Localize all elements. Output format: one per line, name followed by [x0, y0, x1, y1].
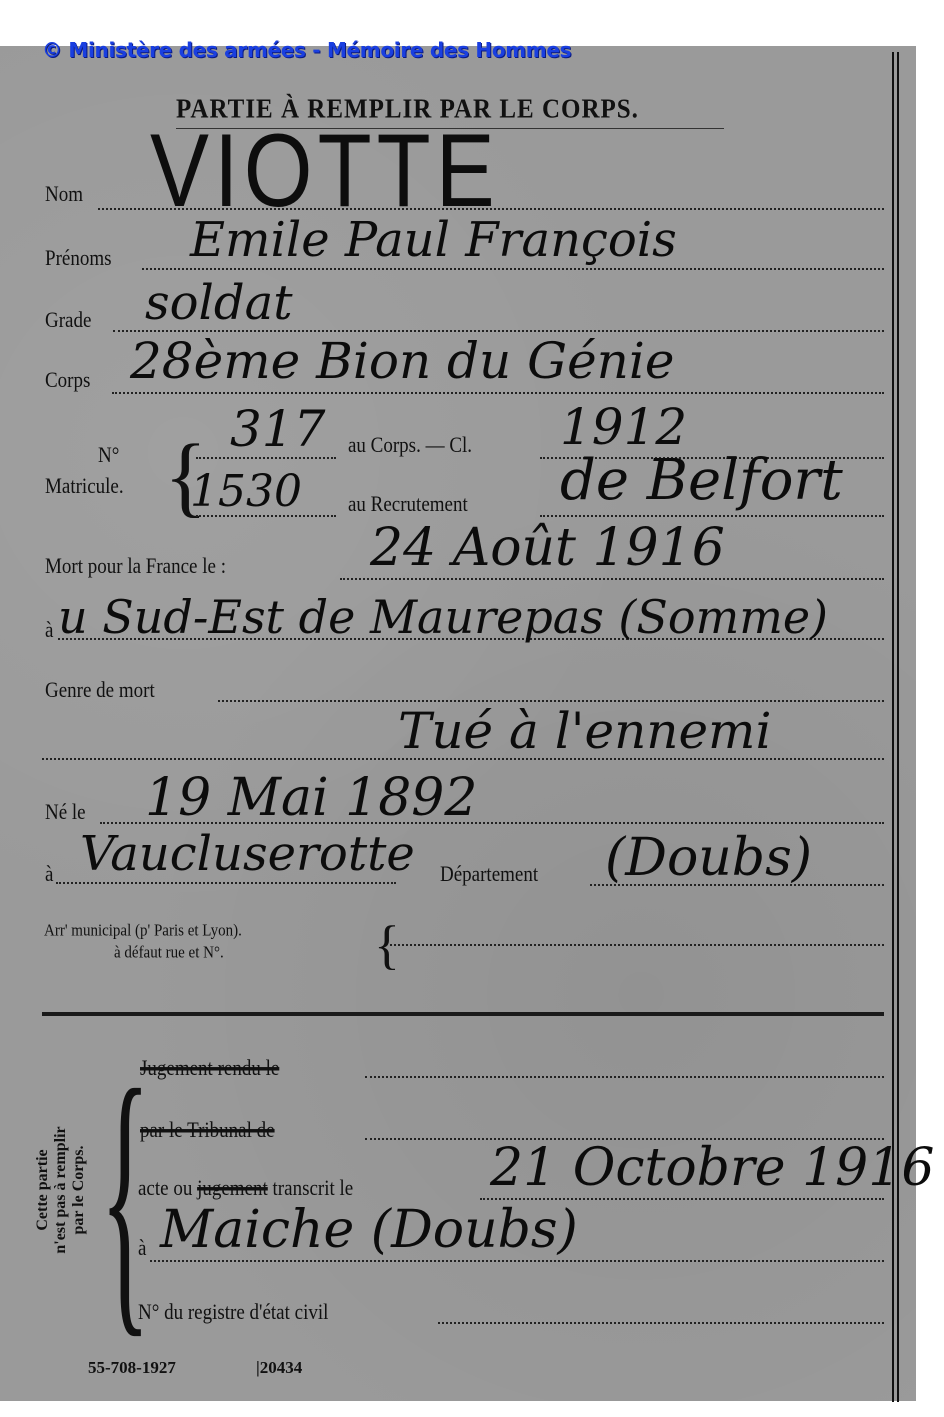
- corps-value: 28ème Bion du Génie: [130, 332, 674, 390]
- lieu-mort-value: u Sud-Est de Maurepas (Somme): [58, 590, 828, 644]
- prenoms-label: Prénoms: [45, 247, 112, 272]
- grade-value: soldat: [145, 275, 293, 331]
- copyright-watermark: © Ministère des armées - Mémoire des Hom…: [42, 38, 571, 62]
- prenoms-line: [142, 268, 884, 270]
- corps-number-label: au Corps. — Cl.: [348, 434, 472, 459]
- jugement-label: Jugement rendu le: [140, 1057, 279, 1082]
- arr-municipal-line: [390, 944, 884, 946]
- footer-code: 55-708-1927: [88, 1358, 176, 1378]
- genre-mort-value: Tué à l'ennemi: [398, 702, 771, 760]
- matricule-no-label: N°: [98, 444, 119, 469]
- departement-value: (Doubs): [605, 828, 812, 888]
- section-divider: [42, 1012, 884, 1016]
- side-label: Cette partie n'est pas à remplir par le …: [34, 1090, 88, 1290]
- lieu-transcrit-label: à: [138, 1237, 146, 1262]
- prenoms-value: Emile Paul François: [190, 212, 677, 268]
- transcrit-value: 21 Octobre 1916: [490, 1138, 934, 1198]
- recrutement-label: au Recrutement: [348, 493, 468, 518]
- corps-line: [112, 392, 884, 394]
- ne-le-label: Né le: [45, 801, 86, 826]
- recrutement-number-value: 1530: [190, 466, 302, 517]
- footer-number: |20434: [256, 1358, 302, 1378]
- grade-label: Grade: [45, 309, 91, 334]
- vertical-rule: [897, 52, 899, 1402]
- lieu-transcrit-line: [150, 1260, 884, 1262]
- corps-label: Corps: [45, 369, 90, 394]
- genre-mort-label: Genre de mort: [45, 679, 155, 704]
- mort-line: [340, 578, 884, 580]
- arr-municipal-label: Arr' municipal (p' Paris et Lyon).: [44, 921, 242, 941]
- tribunal-label: par le Tribunal de: [140, 1119, 275, 1144]
- corps-number-value: 317: [230, 400, 325, 458]
- ne-le-value: 19 Mai 1892: [145, 768, 477, 828]
- mort-value: 24 Août 1916: [370, 518, 725, 578]
- lieu-transcrit-value: Maiche (Doubs): [160, 1200, 578, 1260]
- registre-label: N° du registre d'état civil: [138, 1301, 328, 1326]
- recrutement-line: [540, 515, 884, 517]
- lieu-naissance-line: [56, 882, 396, 884]
- registre-line: [438, 1322, 884, 1324]
- lieu-mort-label: à: [45, 619, 53, 644]
- transcrit-label: acte ou jugement transcrit le: [138, 1177, 353, 1202]
- lieu-naissance-label: à: [45, 863, 53, 888]
- nom-label: Nom: [45, 183, 83, 208]
- matricule-label: Matricule.: [45, 475, 124, 500]
- recrutement-value: de Belfort: [560, 448, 843, 513]
- departement-label: Département: [440, 863, 538, 888]
- arr-municipal-label-2: à défaut rue et N°.: [114, 943, 224, 963]
- mort-label: Mort pour la France le :: [45, 555, 226, 580]
- lieu-naissance-value: Vaucluserotte: [80, 826, 415, 882]
- vertical-rule: [892, 52, 894, 1402]
- jugement-line: [365, 1076, 884, 1078]
